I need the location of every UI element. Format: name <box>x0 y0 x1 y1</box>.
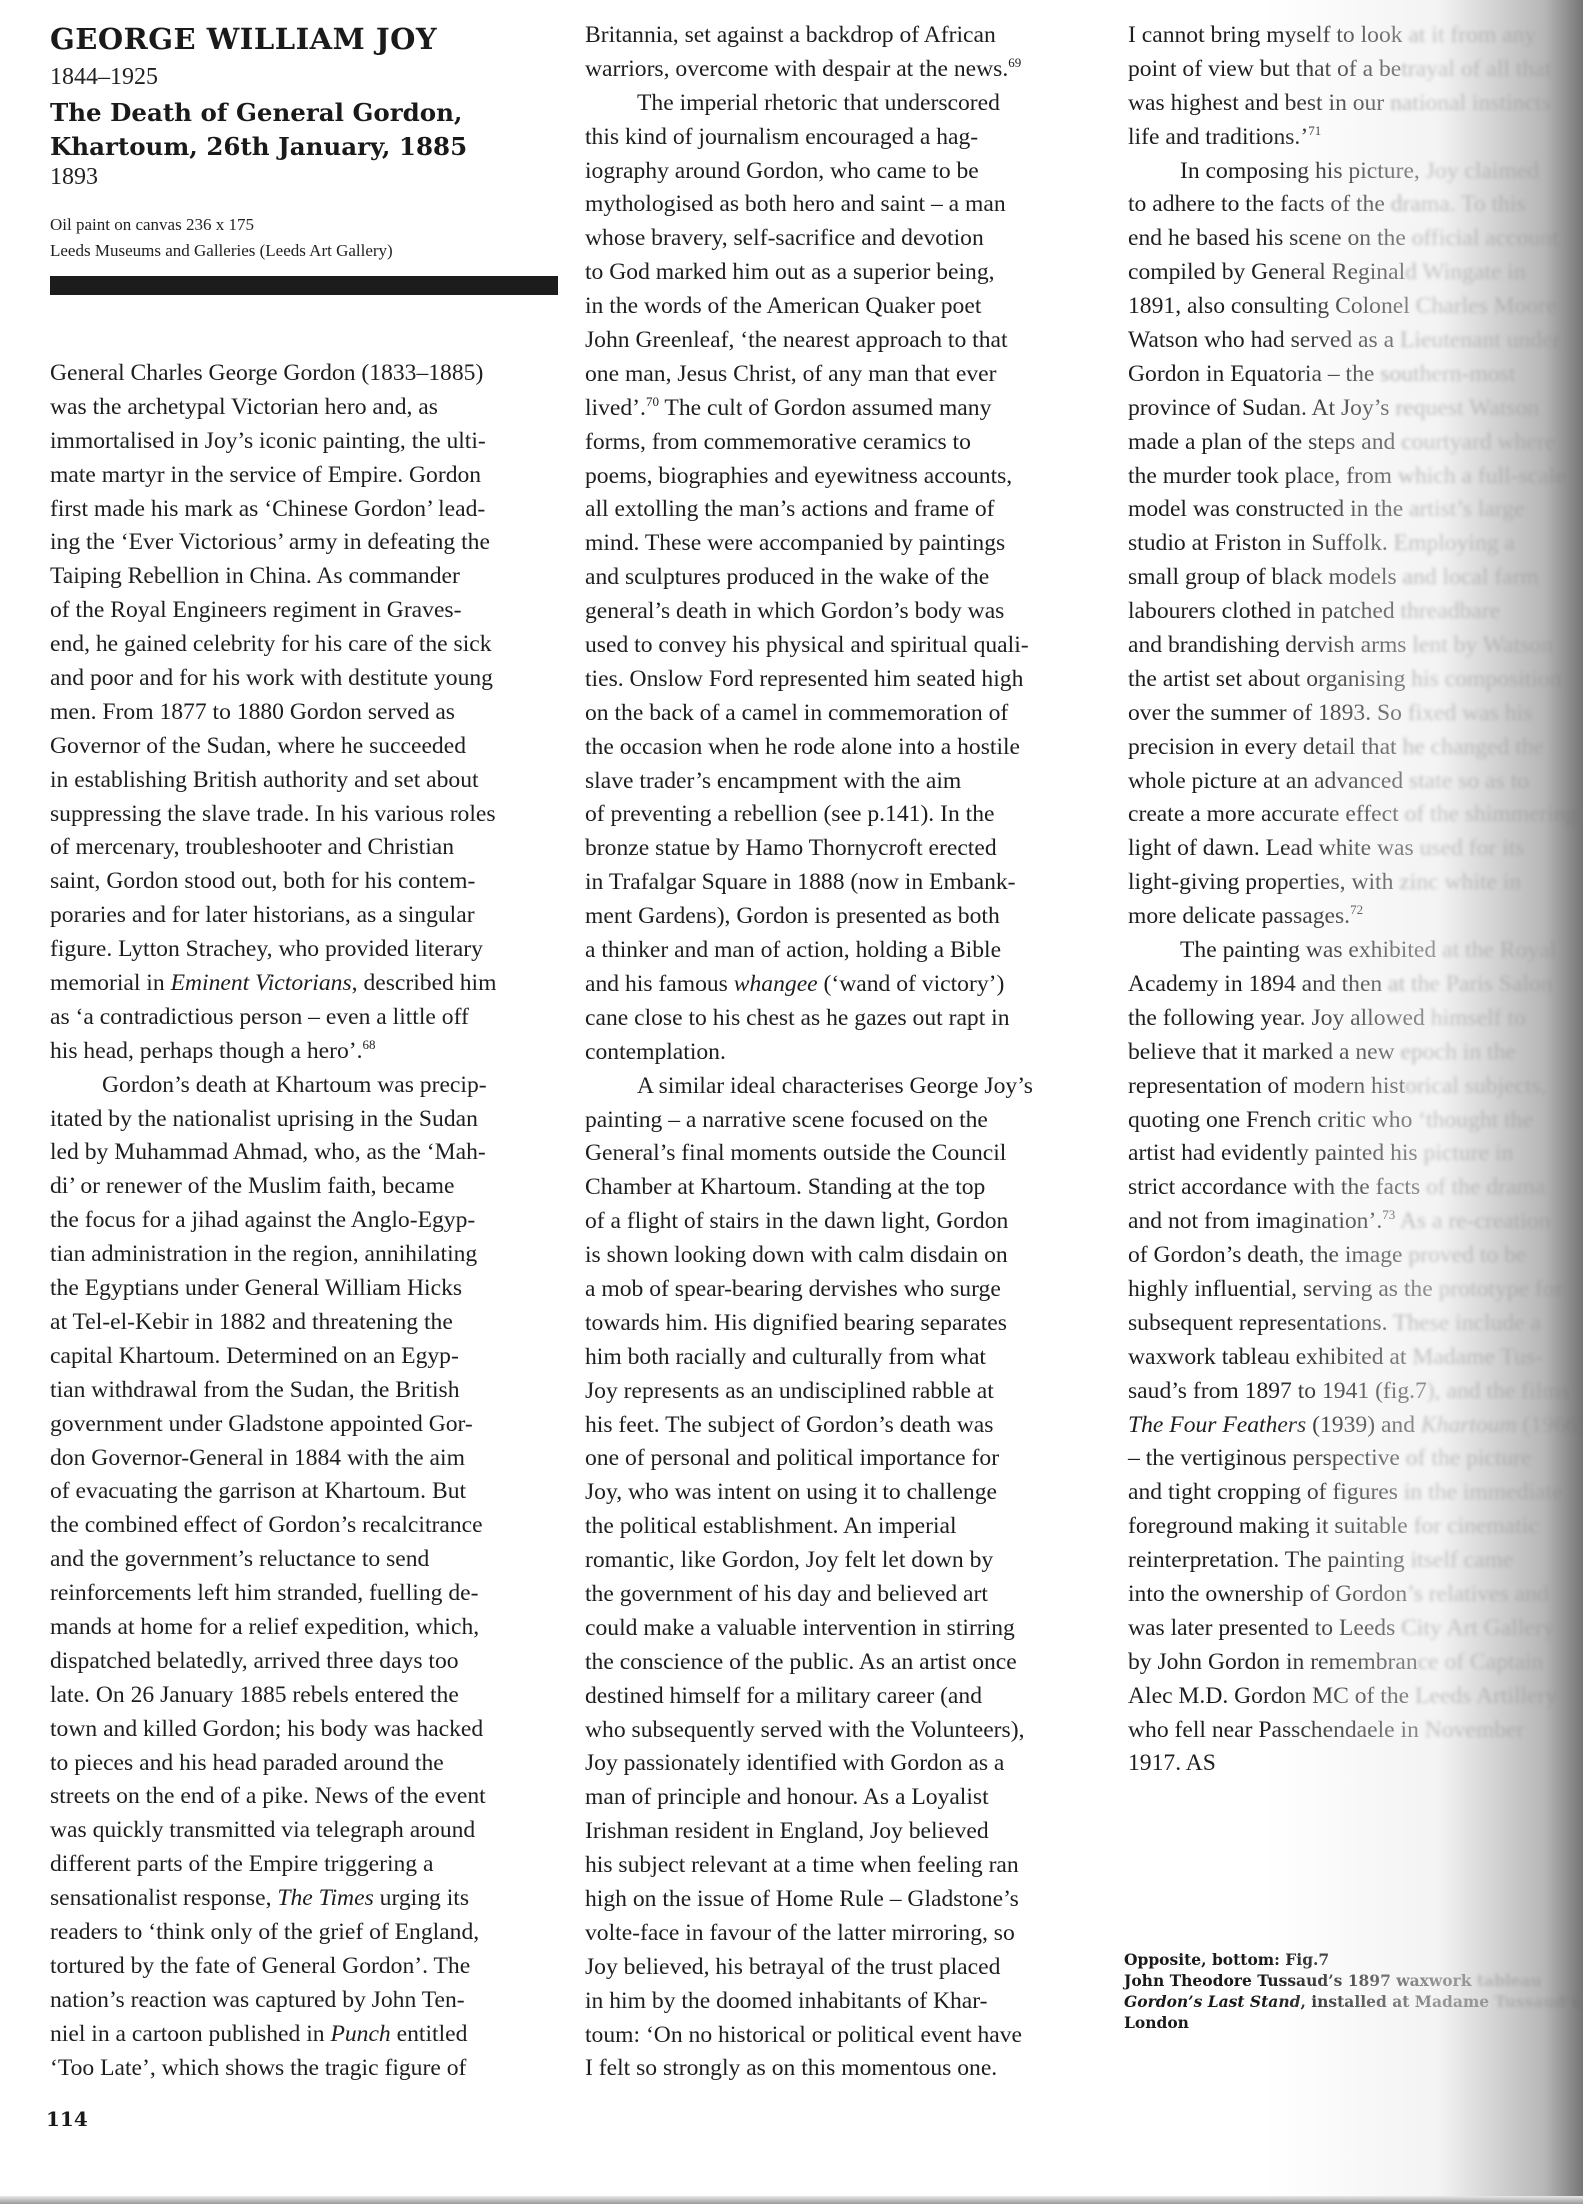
blurred-gutter-text: request Watson <box>1389 395 1539 421</box>
blurred-gutter-text: fixed was his <box>1402 700 1532 726</box>
blurred-gutter-text: orical subjects, <box>1405 1073 1547 1099</box>
blurred-gutter-text: ’s relatives and <box>1407 1581 1549 1607</box>
text-line: into the ownership of Gordon’s relatives… <box>1128 1578 1583 1612</box>
italic-title: Punch <box>330 2021 390 2047</box>
caption-heading: Opposite, bottom: Fig.7 <box>1124 1949 1583 1970</box>
text-line: the combined effect of Gordon’s recalcit… <box>50 1509 496 1543</box>
text-line: slave trader’s encampment with the aim <box>585 765 1033 799</box>
text-line: of Gordon’s death, the image proved to b… <box>1128 1239 1583 1273</box>
blurred-gutter-text: national instincts <box>1384 90 1550 116</box>
book-page: GEORGE WILLIAM JOY 1844–1925 The Death o… <box>0 0 1583 2204</box>
text-line: Alec M.D. Gordon MC of the Leeds Artille… <box>1128 1680 1583 1714</box>
text-line: in establishing British authority and se… <box>50 764 496 798</box>
blurred-gutter-text: These include a <box>1387 1310 1541 1336</box>
text-line: contemplation. <box>585 1036 1033 1070</box>
text-line: different parts of the Empire triggering… <box>50 1848 496 1882</box>
text-line: volte-face in favour of the latter mirro… <box>585 1917 1033 1951</box>
artist-name: GEORGE WILLIAM JOY <box>50 22 437 56</box>
text-line: John Greenleaf, ‘the nearest approach to… <box>585 324 1033 358</box>
text-line: one man, Jesus Christ, of any man that e… <box>585 358 1033 392</box>
artwork-title-line2: Khartoum, 26th January, 1885 <box>50 132 467 161</box>
text-line: first made his mark as ‘Chinese Gordon’ … <box>50 493 496 527</box>
caption-line-3: Gordon’s Last Stand, installed at Madame… <box>1124 1991 1583 2012</box>
text-line: Irishman resident in England, Joy believ… <box>585 1815 1033 1849</box>
header-divider-bar <box>50 276 558 295</box>
text-line: foreground making it suitable for cinema… <box>1128 1510 1583 1544</box>
text-line: of a flight of stairs in the dawn light,… <box>585 1205 1033 1239</box>
text-line: more delicate passages.72 <box>1128 900 1583 934</box>
body-column-2: Britannia, set against a backdrop of Afr… <box>585 19 1033 2086</box>
blurred-gutter-text: and local farm <box>1397 564 1539 590</box>
text-line: lived’.70 The cult of Gordon assumed man… <box>585 392 1033 426</box>
text-line: precision in every detail that he change… <box>1128 731 1583 765</box>
footnote-ref: 70 <box>646 394 659 409</box>
blurred-gutter-text: Lieutenant under <box>1394 327 1560 353</box>
footnote-ref: 69 <box>1008 55 1021 70</box>
text-line: small group of black models and local fa… <box>1128 561 1583 595</box>
blurred-gutter-text: Leeds Artillery <box>1409 1683 1557 1709</box>
text-line: Joy represents as an undisciplined rabbl… <box>585 1375 1033 1409</box>
blurred-gutter-text: ce of Captain <box>1418 1649 1544 1675</box>
text-line: the focus for a jihad against the Anglo-… <box>50 1204 496 1238</box>
text-line: man of principle and honour. As a Loyali… <box>585 1781 1033 1815</box>
text-line: warriors, overcome with despair at the n… <box>585 53 1033 87</box>
blurred-gutter-text: courtyard where <box>1395 429 1555 455</box>
text-line: life and traditions.’71 <box>1128 121 1583 155</box>
text-line: the government of his day and believed a… <box>585 1578 1033 1612</box>
text-line: mind. These were accompanied by painting… <box>585 527 1033 561</box>
text-line: his feet. The subject of Gordon’s death … <box>585 1409 1033 1443</box>
blurred-gutter-text: artist’s large <box>1403 496 1524 522</box>
text-line: studio at Friston in Suffolk. Employing … <box>1128 527 1583 561</box>
text-line: was later presented to Leeds City Art Ga… <box>1128 1612 1583 1646</box>
italic-title: The Times <box>277 1885 373 1911</box>
text-line: subsequent representations. These includ… <box>1128 1307 1583 1341</box>
blurred-gutter-text: Madame Tus- <box>1406 1344 1542 1370</box>
text-line: Joy passionately identified with Gordon … <box>585 1747 1033 1781</box>
text-line: the artist set about organising his comp… <box>1128 663 1583 697</box>
text-line: at Tel-el-Kebir in 1882 and threatening … <box>50 1306 496 1340</box>
text-line: Watson who had served as a Lieutenant un… <box>1128 324 1583 358</box>
blurred-gutter-text: epoch in the <box>1395 1039 1516 1065</box>
text-line: and poor and for his work with destitute… <box>50 662 496 696</box>
text-line: end, he gained celebrity for his care of… <box>50 628 496 662</box>
page-bottom-edge <box>0 2196 1583 2204</box>
text-line: ‘Too Late’, which shows the tragic figur… <box>50 2052 496 2086</box>
text-line: The imperial rhetoric that underscored <box>585 87 1033 121</box>
text-line: the Egyptians under General William Hick… <box>50 1272 496 1306</box>
text-line: government under Gladstone appointed Gor… <box>50 1408 496 1442</box>
text-line: and not from imagination’.73 As a re-cre… <box>1128 1205 1583 1239</box>
text-line: I felt so strongly as on this momentous … <box>585 2052 1033 2086</box>
blurred-gutter-text: used for its <box>1414 835 1525 861</box>
text-line: a mob of spear-bearing dervishes who sur… <box>585 1273 1033 1307</box>
blurred-gutter-text: for cinematic <box>1408 1513 1539 1539</box>
text-line: by John Gordon in remembrance of Captain <box>1128 1646 1583 1680</box>
blurred-gutter-text: ‘thought the <box>1412 1107 1533 1133</box>
text-line: point of view but that of a betrayal of … <box>1128 53 1583 87</box>
text-line: In composing his picture, Joy claimed <box>1128 155 1583 189</box>
text-line: cane close to his chest as he gazes out … <box>585 1002 1033 1036</box>
text-line: and sculptures produced in the wake of t… <box>585 561 1033 595</box>
blurred-gutter-text: which a full-scale <box>1392 463 1566 489</box>
text-line: Joy, who was intent on using it to chall… <box>585 1476 1033 1510</box>
text-line: is shown looking down with calm disdain … <box>585 1239 1033 1273</box>
text-line: late. On 26 January 1885 rebels entered … <box>50 1679 496 1713</box>
text-line: was the archetypal Victorian hero and, a… <box>50 391 496 425</box>
text-line: quoting one French critic who ‘thought t… <box>1128 1104 1583 1138</box>
text-line: destined himself for a military career (… <box>585 1680 1033 1714</box>
text-line: tortured by the fate of General Gordon’.… <box>50 1950 496 1984</box>
text-line: I cannot bring myself to look at it from… <box>1128 19 1583 53</box>
text-line: Chamber at Khartoum. Standing at the top <box>585 1171 1033 1205</box>
text-line: ing the ‘Ever Victorious’ army in defeat… <box>50 526 496 560</box>
text-line: tian administration in the region, annih… <box>50 1238 496 1272</box>
text-line: of the Royal Engineers regiment in Grave… <box>50 594 496 628</box>
artwork-title: The Death of General Gordon, Khartoum, 2… <box>50 96 570 164</box>
text-line: the murder took place, from which a full… <box>1128 460 1583 494</box>
text-line: him both racially and culturally from wh… <box>585 1341 1033 1375</box>
text-line: model was constructed in the artist’s la… <box>1128 493 1583 527</box>
caption-line-4: London <box>1124 2012 1583 2033</box>
text-line: sensationalist response, The Times urgin… <box>50 1882 496 1916</box>
italic-title: Eminent Victorians <box>171 970 352 996</box>
text-line: A similar ideal characterises George Joy… <box>585 1070 1033 1104</box>
text-line: to pieces and his head paraded around th… <box>50 1747 496 1781</box>
text-line: itated by the nationalist uprising in th… <box>50 1103 496 1137</box>
blurred-gutter-text: zinc white in <box>1393 869 1521 895</box>
text-line: one of personal and political importance… <box>585 1442 1033 1476</box>
text-line: 1917. AS <box>1128 1747 1583 1781</box>
blurred-gutter-text: trayal of all that <box>1401 56 1551 82</box>
artwork-details: Oil paint on canvas 236 x 175 Leeds Muse… <box>50 212 393 264</box>
text-line: of preventing a rebellion (see p.141). I… <box>585 798 1033 832</box>
body-column-3: I cannot bring myself to look at it from… <box>1128 19 1583 1781</box>
text-line: The painting was exhibited at the Royal <box>1128 934 1583 968</box>
artwork-medium: Oil paint on canvas 236 x 175 <box>50 212 393 238</box>
text-line: mythologised as both hero and saint – a … <box>585 188 1033 222</box>
text-line: General Charles George Gordon (1833–1885… <box>50 357 496 391</box>
text-line: memorial in Eminent Victorians, describe… <box>50 967 496 1001</box>
text-line: over the summer of 1893. So fixed was hi… <box>1128 697 1583 731</box>
text-line: Gordon’s death at Khartoum was precip- <box>50 1069 496 1103</box>
text-line: figure. Lytton Strachey, who provided li… <box>50 933 496 967</box>
blurred-gutter-text: Charles Moore <box>1410 293 1557 319</box>
artist-dates: 1844–1925 <box>50 64 158 91</box>
text-line: saint, Gordon stood out, both for his co… <box>50 865 496 899</box>
text-line: the conscience of the public. As an arti… <box>585 1646 1033 1680</box>
blurred-gutter-text: his composition <box>1405 666 1561 692</box>
text-line: reinforcements left him stranded, fuelli… <box>50 1577 496 1611</box>
text-line: believe that it marked a new epoch in th… <box>1128 1036 1583 1070</box>
text-line: led by Muhammad Ahmad, who, as the ‘Mah- <box>50 1136 496 1170</box>
artwork-title-line1: The Death of General Gordon, <box>50 98 462 127</box>
blurred-gutter-text: Joy claimed <box>1420 158 1539 184</box>
text-line: waxwork tableau exhibited at Madame Tus- <box>1128 1341 1583 1375</box>
text-line: Joy believed, his betrayal of the trust … <box>585 1951 1033 1985</box>
blurred-gutter-text: (1966) <box>1517 1412 1583 1438</box>
blurred-gutter-text: City Art Gallery <box>1395 1615 1554 1641</box>
text-line: and tight cropping of figures in the imm… <box>1128 1476 1583 1510</box>
italic-title: The Four Feathers <box>1128 1412 1306 1438</box>
text-line: romantic, like Gordon, Joy felt let down… <box>585 1544 1033 1578</box>
text-line: toum: ‘On no historical or political eve… <box>585 2019 1033 2053</box>
footnote-ref: 72 <box>1350 902 1363 917</box>
text-line: labourers clothed in patched threadbare <box>1128 595 1583 629</box>
blurred-gutter-text: he changed the <box>1397 734 1544 760</box>
text-line: in the words of the American Quaker poet <box>585 290 1033 324</box>
text-line: The Four Feathers (1939) and Khartoum (1… <box>1128 1409 1583 1443</box>
text-line: poraries and for later historians, as a … <box>50 899 496 933</box>
text-line: used to convey his physical and spiritua… <box>585 629 1033 663</box>
text-line: whole picture at an advanced state so as… <box>1128 765 1583 799</box>
blurred-gutter-text: at it from any <box>1403 22 1537 48</box>
text-line: the occasion when he rode alone into a h… <box>585 731 1033 765</box>
text-line: saud’s from 1897 to 1941 (fig.7), and th… <box>1128 1375 1583 1409</box>
blurred-gutter-text: lent by Watson <box>1406 632 1552 658</box>
text-line: compiled by General Reginald Wingate in <box>1128 256 1583 290</box>
blurred-italic: Khartoum <box>1421 1412 1517 1438</box>
text-line: who fell near Passchendaele in November <box>1128 1714 1583 1748</box>
text-line: tian withdrawal from the Sudan, the Brit… <box>50 1374 496 1408</box>
blurred-gutter-text: southern-most <box>1374 361 1515 387</box>
text-line: as ‘a contradictious person – even a lit… <box>50 1001 496 1035</box>
artwork-collection: Leeds Museums and Galleries (Leeds Art G… <box>50 238 393 264</box>
text-line: his head, perhaps though a hero’.68 <box>50 1035 496 1069</box>
caption-line-2: John Theodore Tussaud’s 1897 waxwork tab… <box>1124 1970 1583 1991</box>
text-line: the following year. Joy allowed himself … <box>1128 1002 1583 1036</box>
text-line: General’s final moments outside the Coun… <box>585 1137 1033 1171</box>
blurred-gutter-text: official account <box>1406 225 1559 251</box>
blurred-gutter-text: of the shimmering <box>1399 801 1578 827</box>
text-line: was highest and best in our national ins… <box>1128 87 1583 121</box>
blurred-gutter-text: proved to be <box>1403 1242 1527 1268</box>
blurred-gutter-text: ), and the films <box>1427 1378 1570 1404</box>
text-line: bronze statue by Hamo Thornycroft erecte… <box>585 832 1033 866</box>
text-line: made a plan of the steps and courtyard w… <box>1128 426 1583 460</box>
blurred-gutter-text: itself came <box>1405 1547 1514 1573</box>
blurred-gutter-text: himself to <box>1425 1005 1526 1031</box>
text-line: province of Sudan. At Joy’s request Wats… <box>1128 392 1583 426</box>
page-number: 114 <box>46 2107 88 2131</box>
text-line: was quickly transmitted via telegraph ar… <box>50 1814 496 1848</box>
text-line: Britannia, set against a backdrop of Afr… <box>585 19 1033 53</box>
blurred-gutter-text: drama. To this <box>1385 191 1526 217</box>
text-line: di’ or renewer of the Muslim faith, beca… <box>50 1170 496 1204</box>
blurred-gutter-text: at the Royal <box>1436 937 1556 963</box>
text-line: create a more accurate effect of the shi… <box>1128 798 1583 832</box>
text-line: and brandishing dervish arms lent by Wat… <box>1128 629 1583 663</box>
text-line: of evacuating the garrison at Khartoum. … <box>50 1475 496 1509</box>
text-line: niel in a cartoon published in Punch ent… <box>50 2018 496 2052</box>
blurred-gutter-text: prototype for <box>1433 1276 1563 1302</box>
text-line: mands at home for a relief expedition, w… <box>50 1611 496 1645</box>
text-line: of mercenary, troubleshooter and Christi… <box>50 831 496 865</box>
text-line: in Trafalgar Square in 1888 (now in Emba… <box>585 866 1033 900</box>
text-line: could make a valuable intervention in st… <box>585 1612 1033 1646</box>
text-line: whose bravery, self-sacrifice and devoti… <box>585 222 1033 256</box>
text-line: dispatched belatedly, arrived three days… <box>50 1645 496 1679</box>
text-line: his subject relevant at a time when feel… <box>585 1849 1033 1883</box>
blurred-gutter-text: at the Paris Salon <box>1382 971 1552 997</box>
text-line: Academy in 1894 and then at the Paris Sa… <box>1128 968 1583 1002</box>
blurred-gutter-text: of the drama <box>1420 1174 1545 1200</box>
text-line: men. From 1877 to 1880 Gordon served as <box>50 696 496 730</box>
text-line: readers to ‘think only of the grief of E… <box>50 1916 496 1950</box>
blurred-gutter-text: As a re-creation <box>1395 1208 1550 1234</box>
text-line: streets on the end of a pike. News of th… <box>50 1780 496 1814</box>
footnote-ref: 73 <box>1382 1207 1395 1222</box>
text-line: representation of modern historical subj… <box>1128 1070 1583 1104</box>
text-line: who subsequently served with the Volunte… <box>585 1714 1033 1748</box>
text-line: suppressing the slave trade. In his vari… <box>50 798 496 832</box>
text-line: towards him. His dignified bearing separ… <box>585 1307 1033 1341</box>
text-line: iography around Gordon, who came to be <box>585 155 1033 189</box>
text-line: general’s death in which Gordon’s body w… <box>585 595 1033 629</box>
text-line: light-giving properties, with zinc white… <box>1128 866 1583 900</box>
italic-title: whangee <box>734 971 818 997</box>
text-line: on the back of a camel in commemoration … <box>585 697 1033 731</box>
text-line: strict accordance with the facts of the … <box>1128 1171 1583 1205</box>
text-line: forms, from commemorative ceramics to <box>585 426 1033 460</box>
blurred-gutter-text: state so as to <box>1403 768 1529 794</box>
text-line: to God marked him out as a superior bein… <box>585 256 1033 290</box>
text-line: 1891, also consulting Colonel Charles Mo… <box>1128 290 1583 324</box>
text-line: end he based his scene on the official a… <box>1128 222 1583 256</box>
blurred-gutter-text: of the picture <box>1400 1445 1532 1471</box>
text-line: poems, biographies and eyewitness accoun… <box>585 460 1033 494</box>
blurred-gutter-text: November <box>1419 1717 1524 1743</box>
text-line: highly influential, serving as the proto… <box>1128 1273 1583 1307</box>
artwork-year: 1893 <box>50 164 98 191</box>
text-line: capital Khartoum. Determined on an Egyp- <box>50 1340 496 1374</box>
text-line: nation’s reaction was captured by John T… <box>50 1984 496 2018</box>
blurred-gutter-text: d Wingate in <box>1405 259 1526 285</box>
figure-caption: Opposite, bottom: Fig.7 John Theodore Tu… <box>1124 1949 1583 2033</box>
text-line: and his famous whangee (‘wand of victory… <box>585 968 1033 1002</box>
blurred-gutter-text: in the immediate <box>1398 1479 1562 1505</box>
text-line: town and killed Gordon; his body was hac… <box>50 1713 496 1747</box>
text-line: painting – a narrative scene focused on … <box>585 1104 1033 1138</box>
blurred-gutter-text: Employing a <box>1388 530 1515 556</box>
text-line: light of dawn. Lead white was used for i… <box>1128 832 1583 866</box>
footnote-ref: 68 <box>363 1037 376 1052</box>
text-line: artist had evidently painted his picture… <box>1128 1137 1583 1171</box>
text-line: the political establishment. An imperial <box>585 1510 1033 1544</box>
text-line: a thinker and man of action, holding a B… <box>585 934 1033 968</box>
text-line: Governor of the Sudan, where he succeede… <box>50 730 496 764</box>
text-line: in him by the doomed inhabitants of Khar… <box>585 1985 1033 2019</box>
text-line: don Governor-General in 1884 with the ai… <box>50 1442 496 1476</box>
text-line: reinterpretation. The painting itself ca… <box>1128 1544 1583 1578</box>
text-line: high on the issue of Home Rule – Gladsto… <box>585 1883 1033 1917</box>
text-line: Taiping Rebellion in China. As commander <box>50 560 496 594</box>
blurred-gutter-text: picture in <box>1418 1140 1514 1166</box>
text-line: all extolling the man’s actions and fram… <box>585 493 1033 527</box>
text-line: mate martyr in the service of Empire. Go… <box>50 459 496 493</box>
blurred-gutter-text: threadbare <box>1395 598 1500 624</box>
body-column-1: General Charles George Gordon (1833–1885… <box>50 357 496 2085</box>
text-line: Gordon in Equatoria – the southern-most <box>1128 358 1583 392</box>
text-line: ment Gardens), Gordon is presented as bo… <box>585 900 1033 934</box>
text-line: ties. Onslow Ford represented him seated… <box>585 663 1033 697</box>
text-line: to adhere to the facts of the drama. To … <box>1128 188 1583 222</box>
text-line: and the government’s reluctance to send <box>50 1543 496 1577</box>
text-line: immortalised in Joy’s iconic painting, t… <box>50 425 496 459</box>
text-line: this kind of journalism encouraged a hag… <box>585 121 1033 155</box>
footnote-ref: 71 <box>1308 123 1321 138</box>
text-line: – the vertiginous perspective of the pic… <box>1128 1442 1583 1476</box>
